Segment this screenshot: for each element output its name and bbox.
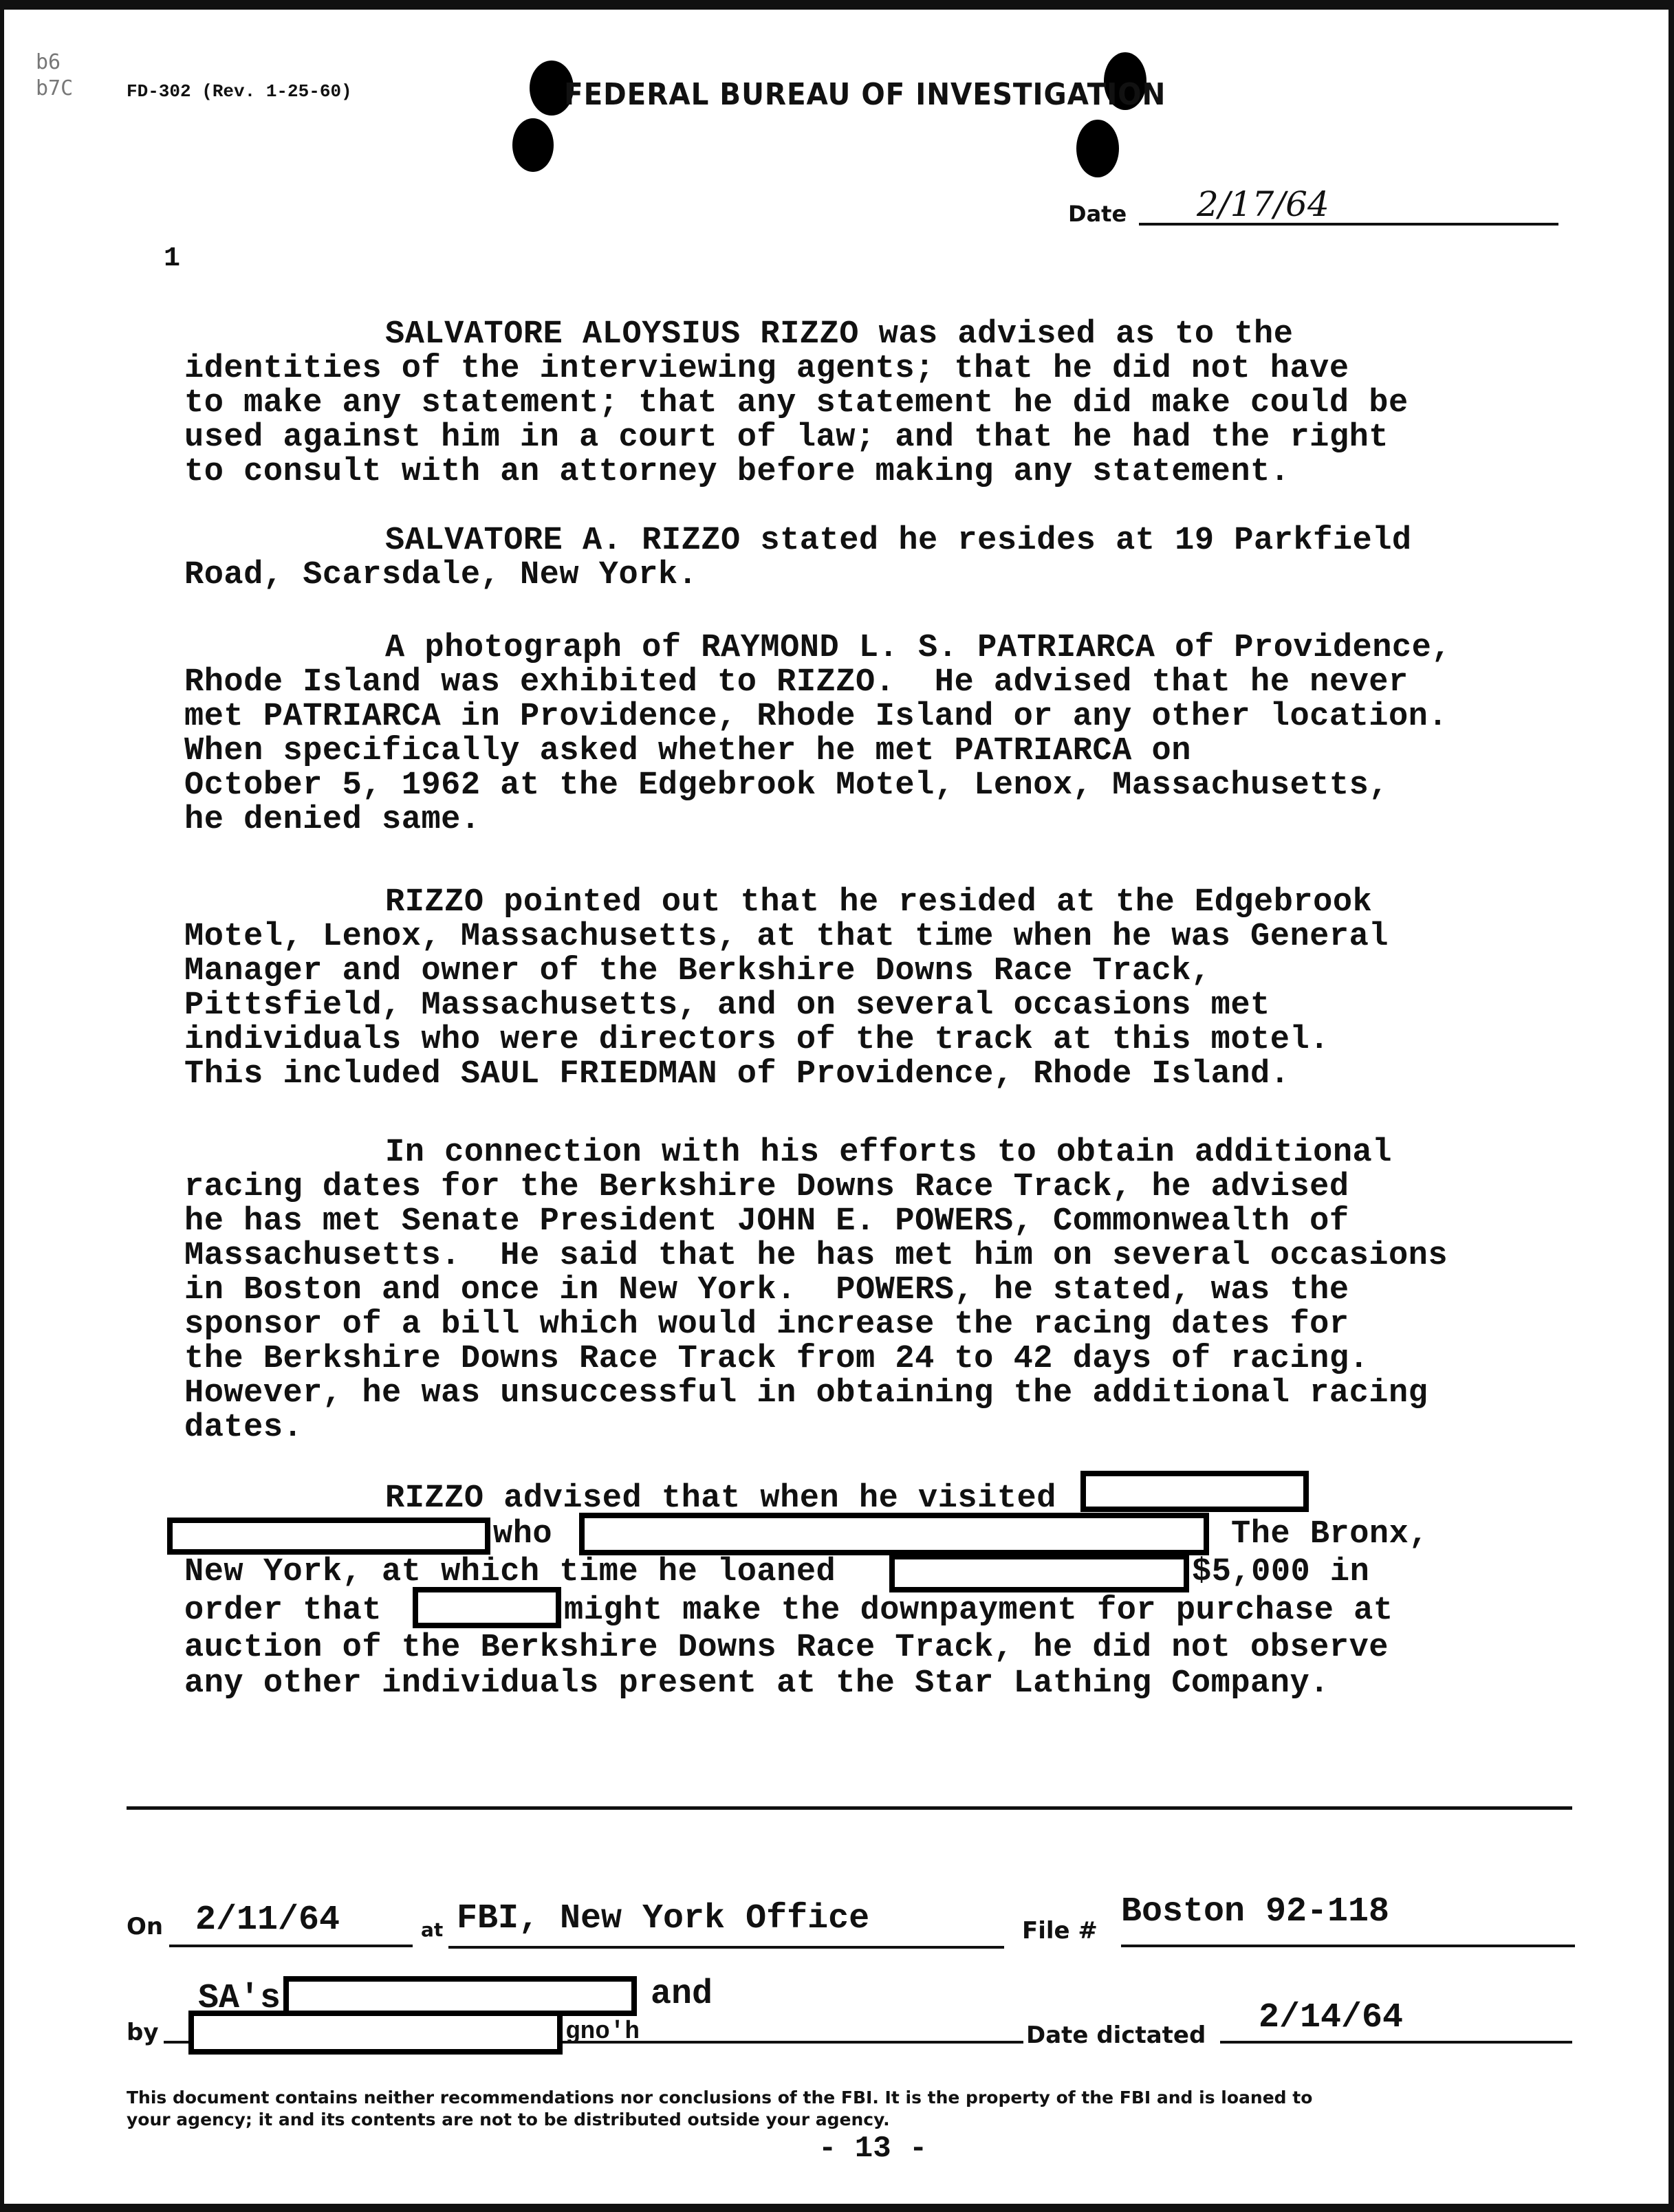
text-line: racing dates for the Berkshire Downs Rac… [184, 1170, 1532, 1205]
text-line: SALVATORE A. RIZZO stated he resides at … [184, 524, 1532, 558]
file-value: Boston 92-118 [1121, 1892, 1389, 1931]
text-fragment: might make the downpayment for purchase … [564, 1594, 1393, 1628]
on-value: 2/11/64 [195, 1901, 340, 1940]
text-fragment: When specifically asked whether he met P… [184, 733, 1191, 769]
text-fragment: SALVATORE ALOYSIUS RIZZO was advised as … [385, 316, 1293, 353]
redaction-box [413, 1587, 561, 1628]
text-line: A photograph of RAYMOND L. S. PATRIARCA … [184, 631, 1532, 666]
page-number: - 13 - [818, 2132, 927, 2166]
text-line: Massachusetts. He said that he has met h… [184, 1239, 1532, 1273]
punch-hole-icon [512, 118, 554, 172]
text-fragment: to consult with an attorney before makin… [184, 454, 1290, 490]
agency-title: FEDERAL BUREAU OF INVESTIGATION [564, 77, 1166, 112]
text-fragment: who [493, 1518, 552, 1552]
at-value: FBI, New York Office [457, 1899, 869, 1938]
text-fragment: dates. [184, 1410, 303, 1446]
text-line: October 5, 1962 at the Edgebrook Motel, … [184, 769, 1532, 803]
date-dictated-underline [1220, 2041, 1572, 2044]
text-fragment: RIZZO pointed out that he resided at the… [385, 884, 1372, 921]
by-underline [164, 2041, 191, 2044]
text-fragment: RIZZO advised that when he visited [385, 1480, 1056, 1517]
text-line: he has met Senate President JOHN E. POWE… [184, 1205, 1532, 1239]
text-line: However, he was unsuccessful in obtainin… [184, 1377, 1532, 1411]
text-fragment: A photograph of RAYMOND L. S. PATRIARCA … [385, 630, 1451, 666]
text-fragment: he has met Senate President JOHN E. POWE… [184, 1203, 1349, 1240]
text-fragment: In connection with his efforts to obtain… [385, 1135, 1392, 1171]
text-fragment: Rhode Island was exhibited to RIZZO. He … [184, 664, 1409, 701]
text-line: auction of the Berkshire Downs Race Trac… [184, 1631, 1532, 1665]
text-line: RIZZO advised that when he visited [184, 1482, 1532, 1516]
date-dictated-value: 2/14/64 [1259, 1998, 1403, 2037]
text-fragment: Massachusetts. He said that he has met h… [184, 1238, 1448, 1274]
text-fragment: The Bronx, [1231, 1518, 1428, 1552]
text-fragment: to make any statement; that any statemen… [184, 385, 1409, 421]
date-label: Date [1068, 201, 1127, 227]
punch-hole-icon [1076, 120, 1119, 177]
redaction-box [889, 1554, 1189, 1592]
text-line: the Berkshire Downs Race Track from 24 t… [184, 1342, 1532, 1377]
text-fragment: he denied same. [184, 802, 481, 838]
redaction-box [579, 1513, 1209, 1555]
redaction-box [1080, 1471, 1309, 1512]
text-fragment: individuals who were directors of the tr… [184, 1022, 1329, 1058]
text-fragment: sponsor of a bill which would increase t… [184, 1306, 1349, 1343]
file-underline [1121, 1945, 1575, 1947]
file-label: File # [1022, 1917, 1098, 1945]
text-line: identities of the interviewing agents; t… [184, 352, 1532, 386]
form-id: FD-302 (Rev. 1-25-60) [127, 81, 352, 102]
at-label: at [421, 1918, 443, 1941]
by-line [563, 2041, 1023, 2044]
at-underline [448, 1946, 1004, 1949]
text-fragment: Pittsfield, Massachusetts, and on severa… [184, 987, 1270, 1024]
text-fragment: This included SAUL FRIEDMAN of Providenc… [184, 1056, 1290, 1093]
text-line: dates. [184, 1411, 1532, 1445]
disclaimer: This document contains neither recommend… [127, 2087, 1571, 2131]
redaction-box [167, 1518, 490, 1555]
text-line: SALVATORE ALOYSIUS RIZZO was advised as … [184, 318, 1532, 352]
exemption-code: b7C [36, 76, 73, 102]
on-underline [169, 1945, 413, 1947]
text-line: in Boston and once in New York. POWERS, … [184, 1273, 1532, 1308]
text-line: to consult with an attorney before makin… [184, 455, 1532, 490]
text-fragment: used against him in a court of law; and … [184, 419, 1389, 456]
on-label: On [127, 1913, 163, 1940]
page-mark: 1 [164, 243, 180, 274]
text-line: In connection with his efforts to obtain… [184, 1136, 1532, 1170]
text-line: Pittsfield, Massachusetts, and on severa… [184, 989, 1532, 1023]
text-fragment: $5,000 in [1192, 1555, 1369, 1590]
text-fragment: Manager and owner of the Berkshire Downs… [184, 953, 1211, 989]
text-line: When specifically asked whether he met P… [184, 734, 1532, 769]
text-line: individuals who were directors of the tr… [184, 1023, 1532, 1058]
exemption-code: b6 [36, 50, 73, 76]
text-fragment: Road, Scarsdale, New York. [184, 557, 697, 593]
text-line: he denied same. [184, 803, 1532, 837]
text-line: Road, Scarsdale, New York. [184, 558, 1532, 593]
text-line: used against him in a court of law; and … [184, 421, 1532, 455]
disclaimer-line: This document contains neither recommend… [127, 2087, 1571, 2109]
text-fragment: SALVATORE A. RIZZO stated he resides at … [385, 523, 1412, 559]
by-mid: and [651, 1975, 713, 2014]
text-line: RIZZO pointed out that he resided at the… [184, 886, 1532, 920]
disclaimer-line: your agency; it and its contents are not… [127, 2109, 1571, 2131]
text-fragment: met PATRIARCA in Providence, Rhode Islan… [184, 699, 1448, 735]
date-dictated-label: Date dictated [1026, 2022, 1206, 2049]
text-line: Manager and owner of the Berkshire Downs… [184, 954, 1532, 989]
text-line: Rhode Island was exhibited to RIZZO. He … [184, 666, 1532, 700]
text-line: sponsor of a bill which would increase t… [184, 1308, 1532, 1342]
text-line: met PATRIARCA in Providence, Rhode Islan… [184, 700, 1532, 734]
text-fragment: However, he was unsuccessful in obtainin… [184, 1375, 1428, 1412]
exemption-codes: b6 b7C [36, 50, 73, 102]
text-line: to make any statement; that any statemen… [184, 386, 1532, 421]
text-fragment: October 5, 1962 at the Edgebrook Motel, … [184, 767, 1389, 804]
by-label: by [127, 2019, 159, 2046]
text-line: any other individuals present at the Sta… [184, 1667, 1532, 1701]
text-fragment: racing dates for the Berkshire Downs Rac… [184, 1169, 1349, 1205]
redaction-box [188, 2011, 563, 2055]
text-line: Motel, Lenox, Massachusetts, at that tim… [184, 920, 1532, 954]
date-value: 2/17/64 [1197, 184, 1329, 224]
text-fragment: the Berkshire Downs Race Track from 24 t… [184, 1341, 1369, 1377]
text-line: This included SAUL FRIEDMAN of Providenc… [184, 1058, 1532, 1092]
text-fragment: in Boston and once in New York. POWERS, … [184, 1272, 1349, 1308]
divider-rule [127, 1806, 1572, 1810]
text-fragment: identities of the interviewing agents; t… [184, 351, 1349, 387]
text-fragment: Motel, Lenox, Massachusetts, at that tim… [184, 919, 1389, 955]
